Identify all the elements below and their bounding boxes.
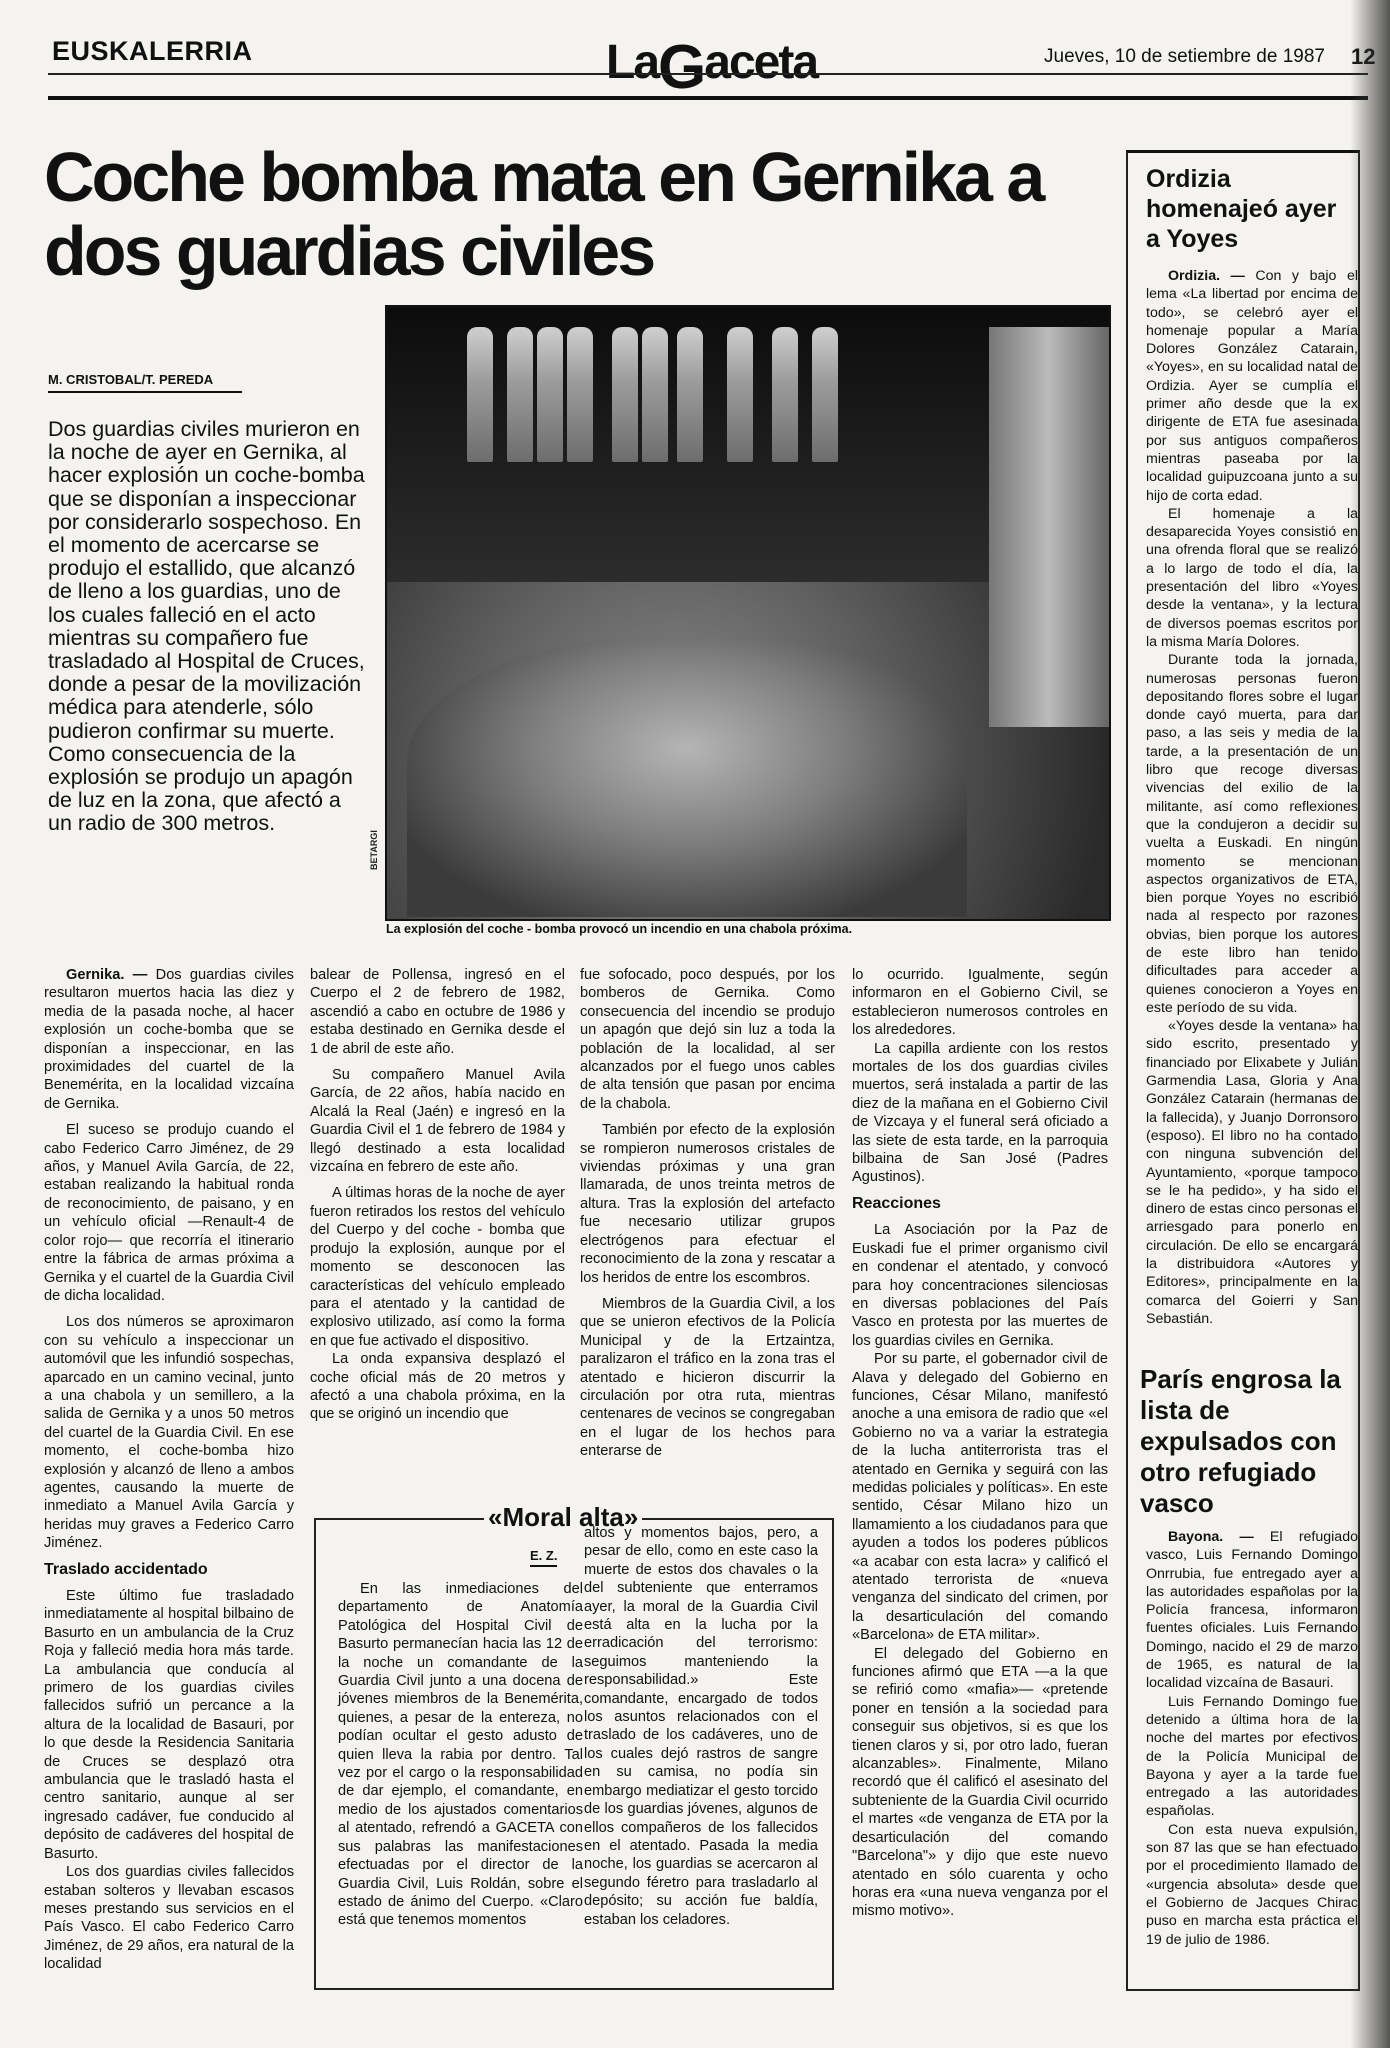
paragraph: Los dos guardias civiles fallecidos esta… bbox=[44, 1863, 294, 1973]
photo-caption: La explosión del coche - bomba provocó u… bbox=[386, 922, 852, 936]
issue-date: Jueves, 10 de setiembre de 1987 bbox=[1044, 46, 1325, 68]
scan-edge-shadow bbox=[1350, 0, 1390, 2048]
masthead-logo: LaGaceta bbox=[606, 22, 817, 93]
photo-bystander bbox=[467, 327, 493, 462]
paragraph: El suceso se produjo cuando el cabo Fede… bbox=[44, 1121, 294, 1305]
section-label: EUSKALERRIA bbox=[52, 36, 253, 67]
article-column-2: balear de Pollensa, ingresó en el Cuerpo… bbox=[310, 966, 565, 1432]
sidebar-article-yoyes: Ordizia. — Con y bajo el lema «La libert… bbox=[1146, 267, 1358, 1328]
paragraph: altos y momentos bajos, pero, a pesar de… bbox=[584, 1524, 818, 1929]
paragraph: Con y bajo el lema «La libertad por enci… bbox=[1146, 268, 1358, 504]
paragraph: Dos guardias civiles resultaron muertos … bbox=[44, 967, 294, 1112]
photo-bystander bbox=[537, 327, 563, 462]
article-column-1: Gernika. — Dos guardias civiles resultar… bbox=[44, 966, 294, 1982]
masthead-aceta: aceta bbox=[704, 36, 817, 89]
sidebar-headline-paris: París engrosa la lista de expulsados con… bbox=[1140, 1364, 1360, 1519]
paragraph: Luis Fernando Domingo fue detenido a últ… bbox=[1146, 1693, 1358, 1821]
paragraph: fue sofocado, poco después, por los bomb… bbox=[580, 966, 835, 1113]
header-rule-thick bbox=[48, 96, 1368, 100]
photo-bystander bbox=[567, 327, 593, 462]
dateline: Gernika. — bbox=[66, 967, 147, 983]
paragraph: balear de Pollensa, ingresó en el Cuerpo… bbox=[310, 966, 565, 1058]
paragraph: El homenaje a la desaparecida Yoyes cons… bbox=[1146, 505, 1358, 651]
byline: M. CRISTOBAL/T. PEREDA bbox=[48, 372, 242, 393]
photo-bystander bbox=[642, 327, 668, 462]
paragraph: La onda expansiva desplazó el coche ofic… bbox=[310, 1350, 565, 1424]
article-column-3: fue sofocado, poco después, por los bomb… bbox=[580, 966, 835, 1469]
sidebar-headline-yoyes: Ordizia homenajeó ayer a Yoyes bbox=[1146, 164, 1346, 254]
paragraph: El refugiado vasco, Luis Fernando Doming… bbox=[1146, 1529, 1358, 1691]
main-headline: Coche bomba mata en Gernika a dos guardi… bbox=[44, 140, 1094, 288]
paragraph: Su compañero Manuel Avila García, de 22 … bbox=[310, 1066, 565, 1176]
paragraph: El delegado del Gobierno en funciones af… bbox=[852, 1645, 1108, 1921]
photo-bystander bbox=[772, 327, 798, 462]
photo-bystander bbox=[677, 327, 703, 462]
photo-bystander bbox=[507, 327, 533, 462]
boxed-article-column-2: altos y momentos bajos, pero, a pesar de… bbox=[584, 1524, 818, 1937]
paragraph: Los dos números se aproximaron con su ve… bbox=[44, 1313, 294, 1552]
newspaper-page: EUSKALERRIA LaGaceta Jueves, 10 de setie… bbox=[0, 0, 1390, 2048]
paragraph: Miembros de la Guardia Civil, a los que … bbox=[580, 1295, 835, 1461]
photo-credit: BETARGI bbox=[369, 830, 379, 870]
masthead-la: La bbox=[606, 36, 658, 89]
photo-bystander bbox=[612, 327, 638, 462]
dateline: Bayona. — bbox=[1168, 1529, 1254, 1545]
paragraph: En las inmediaciones del departamento de… bbox=[338, 1580, 583, 1930]
photo-bystander bbox=[727, 327, 753, 462]
paragraph: Por su parte, el gobernador civil de Ala… bbox=[852, 1350, 1108, 1645]
photo-wrecked-car bbox=[407, 637, 967, 917]
masthead-g: G bbox=[658, 33, 704, 102]
subheading: Traslado accidentado bbox=[44, 1561, 294, 1579]
paragraph: A últimas horas de la noche de ayer fuer… bbox=[310, 1184, 565, 1350]
subheading: Reacciones bbox=[852, 1195, 1108, 1213]
photo-shack-wall bbox=[989, 327, 1109, 727]
header-rule-thin bbox=[48, 73, 1368, 75]
news-photo-car-bomb-wreckage bbox=[385, 305, 1111, 921]
paragraph: Este último fue trasladado inmediatament… bbox=[44, 1587, 294, 1863]
article-column-4: lo ocurrido. Igualmente, según informaro… bbox=[852, 966, 1108, 1929]
paragraph: Durante toda la jornada, numerosas perso… bbox=[1146, 651, 1358, 1017]
paragraph: La capilla ardiente con los restos morta… bbox=[852, 1040, 1108, 1187]
paragraph: lo ocurrido. Igualmente, según informaro… bbox=[852, 966, 1108, 1040]
sidebar-article-paris: Bayona. — El refugiado vasco, Luis Ferna… bbox=[1146, 1528, 1358, 1949]
photo-bystander bbox=[812, 327, 838, 462]
boxed-article-column-1: En las inmediaciones del departamento de… bbox=[338, 1580, 583, 1938]
paragraph: La Asociación por la Paz de Euskadi fue … bbox=[852, 1221, 1108, 1350]
lead-paragraph: Dos guardias civiles murieron en la noch… bbox=[48, 418, 366, 836]
paragraph: También por efecto de la explosión se ro… bbox=[580, 1121, 835, 1287]
dateline: Ordizia. — bbox=[1168, 268, 1245, 284]
paragraph: Con esta nueva expulsión, son 87 las que… bbox=[1146, 1821, 1358, 1949]
paragraph: «Yoyes desde la ventana» ha sido escrito… bbox=[1146, 1017, 1358, 1328]
boxed-article-author: E. Z. bbox=[530, 1548, 557, 1567]
